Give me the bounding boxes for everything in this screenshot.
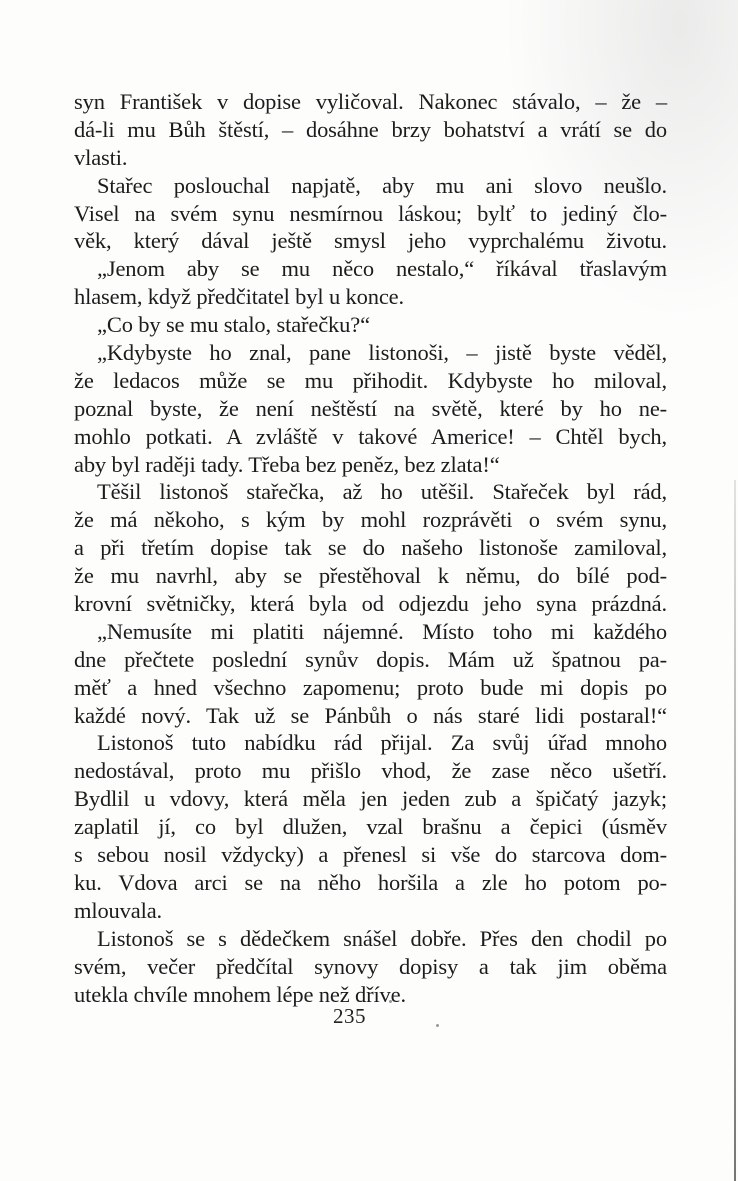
text-line: mohlo potkati. A zvláště v takové Americ… <box>74 423 667 451</box>
text-line: krovní světničky, která byla od odjezdu … <box>74 590 667 618</box>
body-text: syn František v dopise vyličoval. Nakone… <box>74 88 667 1008</box>
paragraph: „Co by se mu stalo, stařečku?“ <box>74 311 667 339</box>
text-line: vlasti. <box>74 144 667 172</box>
text-line: utekla chvíle mnohem lépe než dříve. <box>74 981 667 1009</box>
text-line: svém, večer předčítal synovy dopisy a ta… <box>74 953 667 981</box>
paragraph: Stařec poslouchal napjatě, aby mu ani sl… <box>74 172 667 256</box>
text-line: hlasem, když předčitatel byl u konce. <box>74 283 667 311</box>
text-line: ku. Vdova arci se na něho horšila a zle … <box>74 869 667 897</box>
book-page: syn František v dopise vyličoval. Nakone… <box>0 0 738 1181</box>
page-edge-shadow <box>734 480 736 1181</box>
paragraph: Listonoš se s dědečkem snášel dobře. Pře… <box>74 925 667 1009</box>
paragraph: „Jenom aby se mu něco nestalo,“ říkával … <box>74 255 667 311</box>
text-line: že mu navrhl, aby se přestěhoval k němu,… <box>74 562 667 590</box>
text-line: Visel na svém synu nesmírnou láskou; byl… <box>74 200 667 228</box>
text-line: s sebou nosil vždycky) a přenesl si vše … <box>74 841 667 869</box>
paper-speck <box>389 1000 392 1003</box>
text-line: Těšil listonoš stařečka, až ho utěšil. S… <box>74 478 667 506</box>
text-line: poznal byste, že není neštěstí na světě,… <box>74 395 667 423</box>
text-line: že ledacos může se mu přihodit. Kdybyste… <box>74 367 667 395</box>
text-line: měť a hned všechno zapomenu; proto bude … <box>74 674 667 702</box>
text-line: „Co by se mu stalo, stařečku?“ <box>74 311 667 339</box>
text-line: dne přečtete poslední synův dopis. Mám u… <box>74 646 667 674</box>
paper-speck <box>436 1024 439 1027</box>
text-line: zaplatil jí, co byl dlužen, vzal brašnu … <box>74 813 667 841</box>
text-line: a při třetím dopise tak se do našeho lis… <box>74 534 667 562</box>
text-line: každé nový. Tak už se Pánbůh o nás staré… <box>74 702 667 730</box>
paragraph: Listonoš tuto nabídku rád přijal. Za svů… <box>74 729 667 924</box>
text-line: že má někoho, s kým by mohl rozprávěti o… <box>74 506 667 534</box>
text-line: „Jenom aby se mu něco nestalo,“ říkával … <box>74 255 667 283</box>
paragraph: Těšil listonoš stařečka, až ho utěšil. S… <box>74 478 667 617</box>
text-line: věk, který dával ještě smysl jeho vyprch… <box>74 227 667 255</box>
text-line: dá-li mu Bůh štěstí, – dosáhne brzy boha… <box>74 116 667 144</box>
paragraph: „Kdybyste ho znal, pane listonoši, – jis… <box>74 339 667 478</box>
paragraph: syn František v dopise vyličoval. Nakone… <box>74 88 667 172</box>
text-line: Listonoš tuto nabídku rád přijal. Za svů… <box>74 729 667 757</box>
text-line: nedostával, proto mu přišlo vhod, že zas… <box>74 757 667 785</box>
paragraph: „Nemusíte mi platiti nájemné. Místo toho… <box>74 618 667 730</box>
text-line: syn František v dopise vyličoval. Nakone… <box>74 88 667 116</box>
text-line: Stařec poslouchal napjatě, aby mu ani sl… <box>74 172 667 200</box>
text-line: mlouvala. <box>74 897 667 925</box>
text-line: „Nemusíte mi platiti nájemné. Místo toho… <box>74 618 667 646</box>
text-line: aby byl raději tady. Třeba bez peněz, be… <box>74 451 667 479</box>
text-line: Listonoš se s dědečkem snášel dobře. Pře… <box>74 925 667 953</box>
text-line: „Kdybyste ho znal, pane listonoši, – jis… <box>74 339 667 367</box>
text-line: Bydlil u vdovy, která měla jen jeden zub… <box>74 785 667 813</box>
page-number: 235 <box>333 1004 366 1029</box>
